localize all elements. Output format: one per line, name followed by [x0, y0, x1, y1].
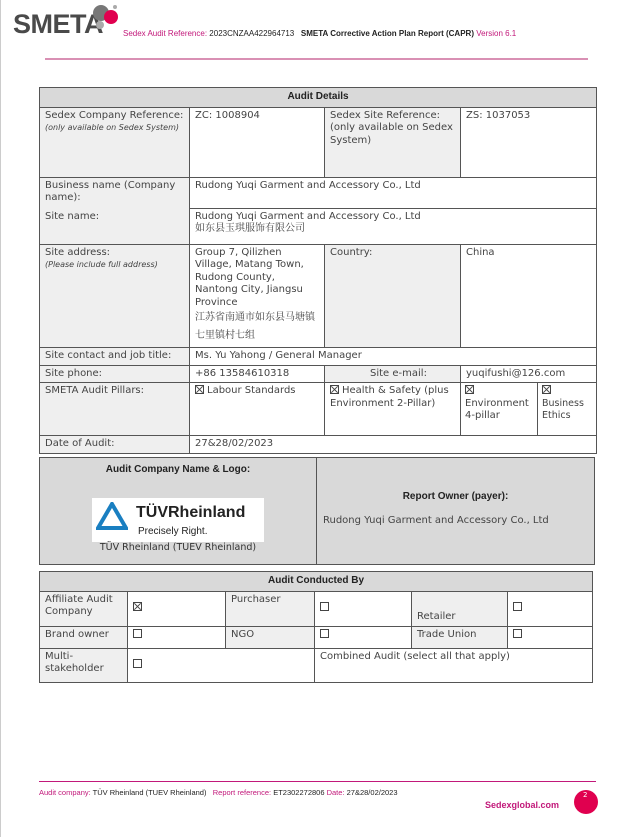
report-owner-label: Report Owner (payer):	[317, 491, 594, 502]
tuv-tagline: Precisely Right.	[138, 526, 207, 537]
pillar-business-ethics: Business Ethics	[538, 383, 596, 435]
email-label: Site e-mail:	[325, 365, 461, 383]
site-name-value-cell: Rudong Yuqi Garment and Accessory Co., L…	[190, 208, 597, 244]
retailer-checkbox-cell	[508, 591, 593, 626]
header-divider	[45, 58, 588, 60]
business-name-label-cell: Business name (Company name): Site name:	[40, 177, 190, 244]
audit-conducted-by-table: Audit Conducted By Affiliate Audit Compa…	[39, 571, 593, 683]
date-value: 27&28/02/2023	[190, 436, 597, 454]
ngo-checkbox-cell	[315, 626, 412, 648]
checkbox-checked-icon[interactable]	[195, 385, 204, 394]
conducted-by-title: Audit Conducted By	[40, 572, 593, 592]
company-ref-label-cell: Sedex Company Reference: (only available…	[40, 107, 190, 177]
multi-stakeholder-label: Multi-stakeholder	[40, 648, 128, 682]
smeta-logo-dots-icon	[87, 3, 127, 31]
site-ref-value: ZS: 1037053	[461, 107, 597, 177]
page-footer: Audit company: TÜV Rheinland (TUEV Rhein…	[39, 788, 398, 797]
report-version: Version 6.1	[476, 29, 516, 38]
audit-company-cell: Audit Company Name & Logo: TÜVRheinland …	[40, 458, 317, 564]
affiliate-checkbox-cell	[128, 591, 226, 626]
sedex-link[interactable]: Sedexglobal.com	[485, 800, 559, 810]
footer-company: TÜV Rheinland (TUEV Rheinland)	[93, 788, 207, 797]
ngo-checkbox[interactable]	[320, 629, 329, 638]
footer-divider	[39, 781, 596, 782]
brand-owner-label: Brand owner	[40, 626, 128, 648]
brand-owner-checkbox[interactable]	[133, 629, 142, 638]
contact-value: Ms. Yu Yahong / General Manager	[190, 348, 597, 366]
tuv-logo-name: TÜVRheinland	[136, 504, 245, 522]
combined-audit-label: Combined Audit (select all that apply)	[315, 648, 593, 682]
tuv-triangle-icon	[96, 502, 128, 530]
site-address-label-cell: Site address: (Please include full addre…	[40, 244, 190, 348]
purchaser-label: Purchaser	[226, 591, 315, 626]
affiliate-checkbox[interactable]	[133, 602, 142, 611]
phone-value: +86 13584610318	[190, 365, 325, 383]
footer-report-ref: ET2302272806	[273, 788, 324, 797]
audit-details-table: Audit Details Sedex Company Reference: (…	[39, 87, 597, 454]
email-value: yuqifushi@126.com	[461, 365, 597, 383]
retailer-label: Retailer	[412, 591, 508, 626]
country-label: Country:	[325, 244, 461, 348]
purchaser-checkbox[interactable]	[320, 602, 329, 611]
pillar-environment: Environment 4-pillar	[461, 383, 538, 435]
site-ref-label: Sedex Site Reference: (only available on…	[325, 107, 461, 177]
pillar-environment-business: Environment 4-pillar Business Ethics	[461, 383, 597, 436]
pillars-label: SMETA Audit Pillars:	[40, 383, 190, 436]
multi-stakeholder-checkbox-cell	[128, 648, 315, 682]
date-label: Date of Audit:	[40, 436, 190, 454]
page-number-badge: 2	[574, 790, 598, 814]
company-ref-value: ZC: 1008904	[190, 107, 325, 177]
footer-date: 27&28/02/2023	[347, 788, 398, 797]
ngo-label: NGO	[226, 626, 315, 648]
pillar-health-safety: Health & Safety (plus Environment 2-Pill…	[325, 383, 461, 436]
multi-stakeholder-checkbox[interactable]	[133, 659, 142, 668]
audit-company-name: TÜV Rheinland (TUEV Rheinland)	[40, 542, 316, 553]
site-address-value-cell: Group 7, Qilizhen Village, Matang Town, …	[190, 244, 325, 348]
contact-label: Site contact and job title:	[40, 348, 190, 366]
trade-union-checkbox[interactable]	[513, 629, 522, 638]
page-header: SMETA Sedex Audit Reference: 2023CNZAA42…	[1, 0, 630, 62]
country-value: China	[461, 244, 597, 348]
checkbox-checked-icon[interactable]	[465, 385, 474, 394]
audit-ref-value: 2023CNZAA422964713	[209, 29, 294, 38]
affiliate-label: Affiliate Audit Company	[40, 591, 128, 626]
report-owner-value: Rudong Yuqi Garment and Accessory Co., L…	[323, 515, 549, 526]
tuv-logo: TÜVRheinland Precisely Right.	[92, 498, 264, 542]
report-owner-cell: Report Owner (payer): Rudong Yuqi Garmen…	[317, 458, 594, 564]
trade-union-checkbox-cell	[508, 626, 593, 648]
purchaser-checkbox-cell	[315, 591, 412, 626]
audit-ref-label: Sedex Audit Reference:	[123, 29, 207, 38]
retailer-checkbox[interactable]	[513, 602, 522, 611]
brand-owner-checkbox-cell	[128, 626, 226, 648]
audit-reference-line: Sedex Audit Reference: 2023CNZAA42296471…	[123, 29, 516, 38]
phone-label: Site phone:	[40, 365, 190, 383]
audit-company-label: Audit Company Name & Logo:	[40, 464, 316, 475]
audit-company-section: Audit Company Name & Logo: TÜVRheinland …	[39, 457, 595, 565]
audit-details-title: Audit Details	[40, 88, 597, 108]
checkbox-checked-icon[interactable]	[542, 385, 551, 394]
business-name-value: Rudong Yuqi Garment and Accessory Co., L…	[190, 177, 597, 208]
site-name-label: Site name:	[45, 211, 184, 224]
checkbox-checked-icon[interactable]	[330, 385, 339, 394]
trade-union-label: Trade Union	[412, 626, 508, 648]
pillar-labour: Labour Standards	[190, 383, 325, 436]
report-title: SMETA Corrective Action Plan Report (CAP…	[301, 29, 474, 38]
